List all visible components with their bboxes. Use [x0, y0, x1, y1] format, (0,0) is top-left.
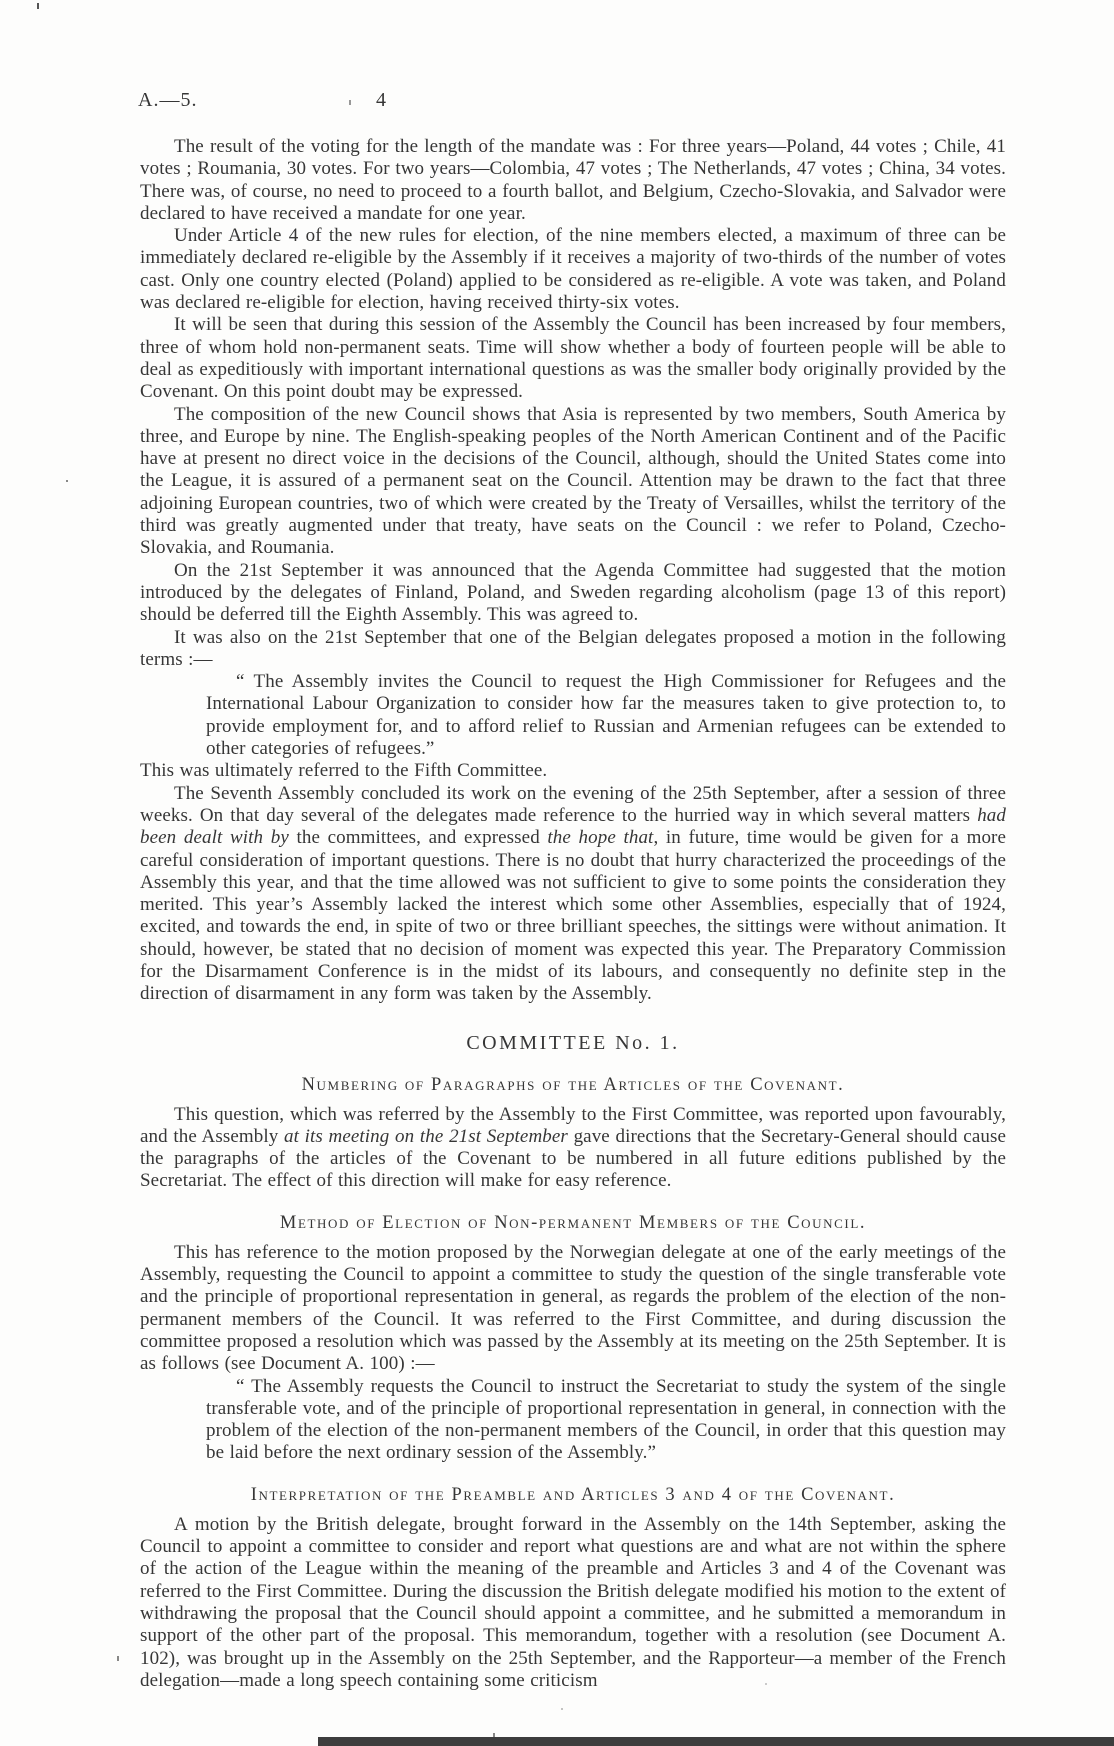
paragraph: The result of the voting for the length …: [140, 136, 1006, 225]
scan-speck: [561, 1708, 563, 1710]
scanned-document-page: A.—5. 4 The result of the voting for the…: [0, 0, 1114, 1746]
scan-speck: [66, 480, 68, 482]
paragraph: This was ultimately referred to the Fift…: [140, 760, 1006, 782]
paragraph: The Seventh Assembly concluded its work …: [140, 783, 1006, 1006]
paragraph: This question, which was referred by the…: [140, 1104, 1006, 1193]
scan-speck: [349, 100, 351, 105]
blockquote: “ The Assembly invites the Council to re…: [206, 671, 1006, 760]
document-reference: A.—5.: [138, 88, 197, 112]
section-heading: Numbering of Paragraphs of the Articles …: [140, 1075, 1006, 1096]
paragraph: A motion by the British delegate, brough…: [140, 1514, 1006, 1692]
committee-heading: COMMITTEE No. 1.: [140, 1032, 1006, 1055]
scan-speck: [37, 3, 39, 9]
scan-speck: [765, 1683, 767, 1685]
paragraph: The composition of the new Council shows…: [140, 404, 1006, 560]
scan-edge-bar: [318, 1737, 1114, 1746]
section-heading: Method of Election of Non-permanent Memb…: [140, 1213, 1006, 1234]
section-heading: Interpretation of the Preamble and Artic…: [140, 1485, 1006, 1506]
scan-speck: [117, 1656, 119, 1661]
page-header: A.—5. 4: [140, 88, 1006, 114]
paragraph: It will be seen that during this session…: [140, 314, 1006, 403]
paragraph: This has reference to the motion propose…: [140, 1242, 1006, 1376]
paragraph: It was also on the 21st September that o…: [140, 627, 1006, 672]
page-number: 4: [376, 88, 386, 112]
paragraph: Under Article 4 of the new rules for ele…: [140, 225, 1006, 314]
document-body: The result of the voting for the length …: [140, 136, 1006, 1692]
blockquote: “ The Assembly requests the Council to i…: [206, 1376, 1006, 1465]
text-block: A.—5. 4 The result of the voting for the…: [140, 88, 1006, 1692]
paragraph: On the 21st September it was announced t…: [140, 560, 1006, 627]
